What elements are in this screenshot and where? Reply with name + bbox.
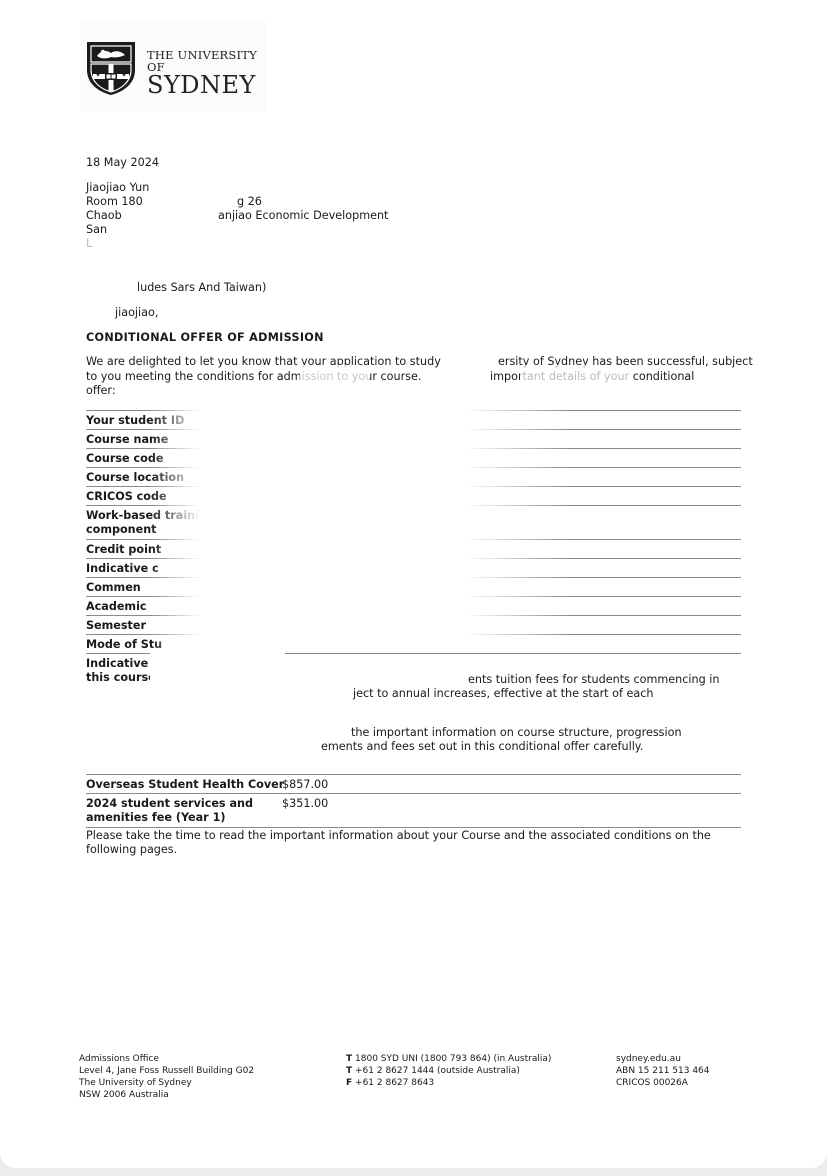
university-crest-icon: ✦ ✦ ✦ ✦ bbox=[85, 40, 137, 96]
address-line-3: San bbox=[86, 223, 107, 237]
fee-row: 2024 student services and amenities fee … bbox=[86, 793, 741, 828]
footer-address-line: Admissions Office bbox=[79, 1053, 254, 1065]
intro-line-3: offer: bbox=[86, 384, 116, 398]
address-line-2: Chaob bbox=[86, 209, 122, 223]
address-line-1-fragment: g 26 bbox=[237, 195, 262, 209]
fax-prefix: F bbox=[346, 1078, 352, 1088]
fee-label: 2024 student services and bbox=[86, 797, 253, 811]
offer-title: CONDITIONAL OFFER OF ADMISSION bbox=[86, 331, 324, 345]
row-label-cont: this course bbox=[86, 671, 156, 685]
svg-text:✦: ✦ bbox=[108, 67, 113, 74]
fee-row: Overseas Student Health Cover $857.00 bbox=[86, 774, 741, 793]
salutation: jiaojiao, bbox=[115, 306, 158, 320]
letter-page: ✦ ✦ ✦ ✦ THE UNIVERSITY OF SYDNEY 18 May … bbox=[0, 0, 827, 1168]
footer-address: Admissions Office Level 4, Jane Foss Rus… bbox=[79, 1053, 254, 1101]
university-logo: ✦ ✦ ✦ ✦ THE UNIVERSITY OF SYDNEY bbox=[80, 20, 266, 112]
closing-line-2: following pages. bbox=[86, 843, 177, 857]
svg-text:✦: ✦ bbox=[108, 83, 113, 90]
closing-line-1: Please take the time to read the importa… bbox=[86, 829, 711, 843]
address-line-1: Room 180 bbox=[86, 195, 143, 209]
address-line-2-fragment: anjiao Economic Development bbox=[218, 209, 388, 223]
fee-value: $857.00 bbox=[282, 778, 328, 792]
footer-address-line: The University of Sydney bbox=[79, 1077, 254, 1089]
letter-date: 18 May 2024 bbox=[86, 156, 159, 170]
footer-contacts: T 1800 SYD UNI (1800 793 864) (in Austra… bbox=[346, 1053, 551, 1089]
recipient-name: Jiaojiao Yun bbox=[86, 181, 149, 195]
cricos-number: CRICOS 00026A bbox=[616, 1077, 710, 1089]
phone-prefix: T bbox=[346, 1066, 352, 1076]
svg-text:✦: ✦ bbox=[121, 72, 126, 79]
logo-line-1: THE UNIVERSITY OF bbox=[147, 49, 266, 73]
footer-address-line: Level 4, Jane Foss Russell Building G02 bbox=[79, 1065, 254, 1077]
intro-line-2-left: to you meeting the conditions for admiss… bbox=[86, 370, 421, 384]
address-country-fragment: ludes Sars And Taiwan) bbox=[137, 281, 266, 295]
row-label: Semester bbox=[86, 619, 146, 633]
phone-outside-australia: +61 2 8627 1444 (outside Australia) bbox=[355, 1066, 520, 1076]
intro-line-1-left: We are delighted to let you know that yo… bbox=[86, 355, 441, 369]
footer-address-line: NSW 2006 Australia bbox=[79, 1089, 254, 1101]
row-label: Commen bbox=[86, 581, 141, 595]
abn-number: ABN 15 211 513 464 bbox=[616, 1065, 710, 1077]
footer-info: sydney.edu.au ABN 15 211 513 464 CRICOS … bbox=[616, 1053, 710, 1089]
phone-in-australia: 1800 SYD UNI (1800 793 864) (in Australi… bbox=[355, 1054, 551, 1064]
fee-note-line-4: the important information on course stru… bbox=[351, 726, 682, 740]
fee-note-line-5: ements and fees set out in this conditio… bbox=[321, 740, 643, 754]
row-label: Academic bbox=[86, 600, 147, 614]
svg-text:✦: ✦ bbox=[95, 72, 100, 79]
row-label: Indicative c bbox=[86, 562, 159, 576]
fee-note-line-2: ject to annual increases, effective at t… bbox=[353, 687, 653, 701]
row-label-cont: component bbox=[86, 523, 157, 537]
website-link[interactable]: sydney.edu.au bbox=[616, 1053, 710, 1065]
fee-label-cont: amenities fee (Year 1) bbox=[86, 811, 226, 825]
fax-number: +61 2 8627 8643 bbox=[355, 1078, 434, 1088]
fee-note-line-1: ents tuition fees for students commencin… bbox=[468, 673, 719, 687]
fee-label: Overseas Student Health Cover bbox=[86, 778, 284, 792]
address-line-4: L bbox=[86, 237, 92, 251]
logo-line-2: SYDNEY bbox=[147, 73, 266, 97]
phone-prefix: T bbox=[346, 1054, 352, 1064]
fee-value: $351.00 bbox=[282, 797, 328, 811]
